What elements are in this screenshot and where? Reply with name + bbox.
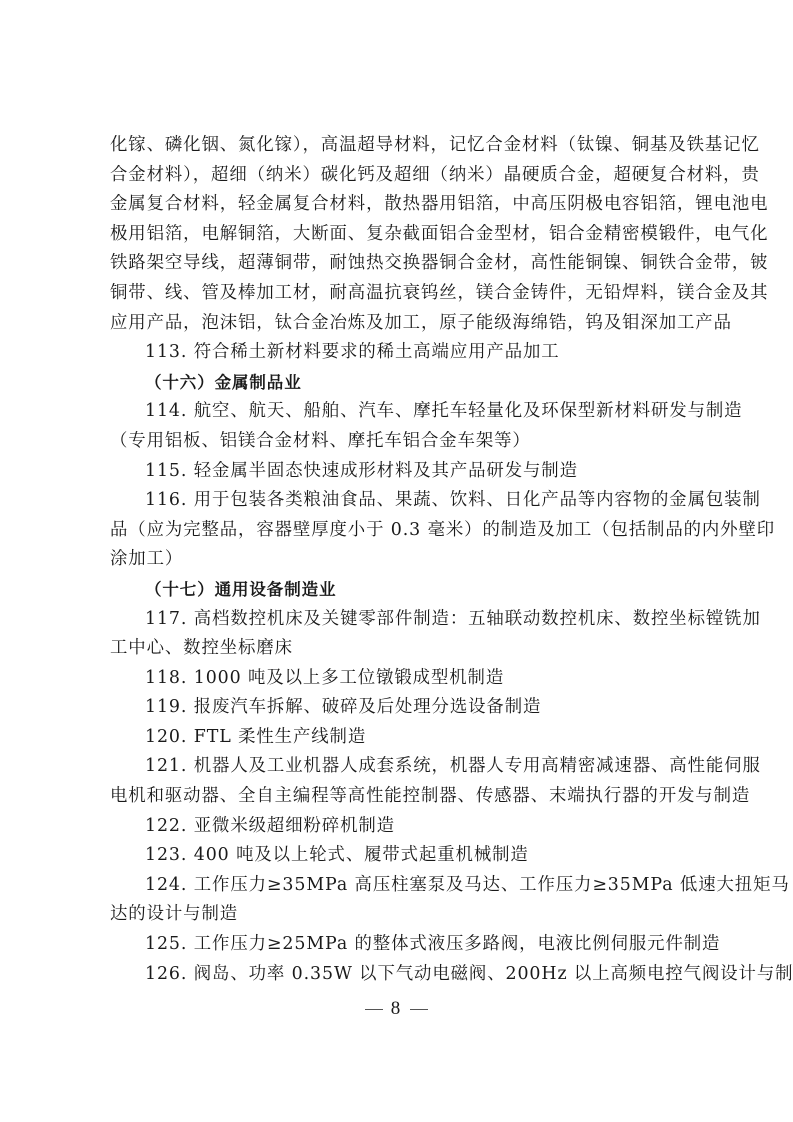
list-item-line: 125. 工作压力≥25MPa 的整体式液压多路阀，电液比例伺服元件制造 (110, 930, 683, 960)
text-line: 应用产品，泡沫铝，钛合金冶炼及加工，原子能级海绵锆，钨及钼深加工产品 (110, 309, 683, 339)
document-body: 化镓、磷化铟、氮化镓），高温超导材料，记忆合金材料（钛镍、铜基及铁基记忆合金材料… (110, 131, 683, 989)
list-item-line: 120. FTL 柔性生产线制造 (110, 723, 683, 753)
list-item-line: 117. 高档数控机床及关键零部件制造：五轴联动数控机床、数控坐标镗铣加 (110, 605, 683, 635)
text-line: （专用铝板、铝镁合金材料、摩托车铝合金车架等） (110, 427, 683, 457)
text-line: 合金材料），超细（纳米）碳化钙及超细（纳米）晶硬质合金，超硬复合材料，贵 (110, 161, 683, 191)
document-page: 化镓、磷化铟、氮化镓），高温超导材料，记忆合金材料（钛镍、铜基及铁基记忆合金材料… (0, 0, 793, 1122)
dash-right (410, 1009, 428, 1010)
text-line: 铜带、线、管及棒加工材，耐高温抗衰钨丝，镁合金铸件，无铅焊料，镁合金及其 (110, 279, 683, 309)
text-line: 化镓、磷化铟、氮化镓），高温超导材料，记忆合金材料（钛镍、铜基及铁基记忆 (110, 131, 683, 161)
text-line: 涂加工） (110, 545, 683, 575)
page-number-footer: 8 (0, 998, 793, 1020)
list-item-line: 116. 用于包装各类粮油食品、果蔬、饮料、日化产品等内容物的金属包装制 (110, 486, 683, 516)
list-item-line: 119. 报废汽车拆解、破碎及后处理分选设备制造 (110, 693, 683, 723)
section-heading: （十六）金属制品业 (110, 368, 683, 398)
list-item-line: 126. 阀岛、功率 0.35W 以下气动电磁阀、200Hz 以上高频电控气阀设… (110, 960, 683, 990)
list-item-line: 118. 1000 吨及以上多工位镦锻成型机制造 (110, 664, 683, 694)
list-item-line: 121. 机器人及工业机器人成套系统，机器人专用高精密减速器、高性能伺服 (110, 752, 683, 782)
text-line: 工中心、数控坐标磨床 (110, 634, 683, 664)
text-line: 达的设计与制造 (110, 900, 683, 930)
list-item-line: 114. 航空、航天、船舶、汽车、摩托车轻量化及环保型新材料研发与制造 (110, 397, 683, 427)
dash-left (365, 1009, 383, 1010)
text-line: 极用铝箔，电解铜箔，大断面、复杂截面铝合金型材，铝合金精密模锻件，电气化 (110, 220, 683, 250)
text-line: 电机和驱动器、全自主编程等高性能控制器、传感器、末端执行器的开发与制造 (110, 782, 683, 812)
list-item-line: 113. 符合稀土新材料要求的稀土高端应用产品加工 (110, 338, 683, 368)
list-item-line: 123. 400 吨及以上轮式、履带式起重机械制造 (110, 841, 683, 871)
text-line: 品（应为完整品，容器壁厚度小于 0.3 毫米）的制造及加工（包括制品的内外壁印 (110, 516, 683, 546)
list-item-line: 124. 工作压力≥35MPa 高压柱塞泵及马达、工作压力≥35MPa 低速大扭… (110, 871, 683, 901)
text-line: 金属复合材料，轻金属复合材料，散热器用铝箔，中高压阴极电容铝箔，锂电池电 (110, 190, 683, 220)
section-heading: （十七）通用设备制造业 (110, 575, 683, 605)
text-line: 铁路架空导线，超薄铜带，耐蚀热交换器铜合金材，高性能铜镍、铜铁合金带，铍 (110, 249, 683, 279)
page-number: 8 (391, 998, 403, 1019)
list-item-line: 115. 轻金属半固态快速成形材料及其产品研发与制造 (110, 457, 683, 487)
list-item-line: 122. 亚微米级超细粉碎机制造 (110, 812, 683, 842)
